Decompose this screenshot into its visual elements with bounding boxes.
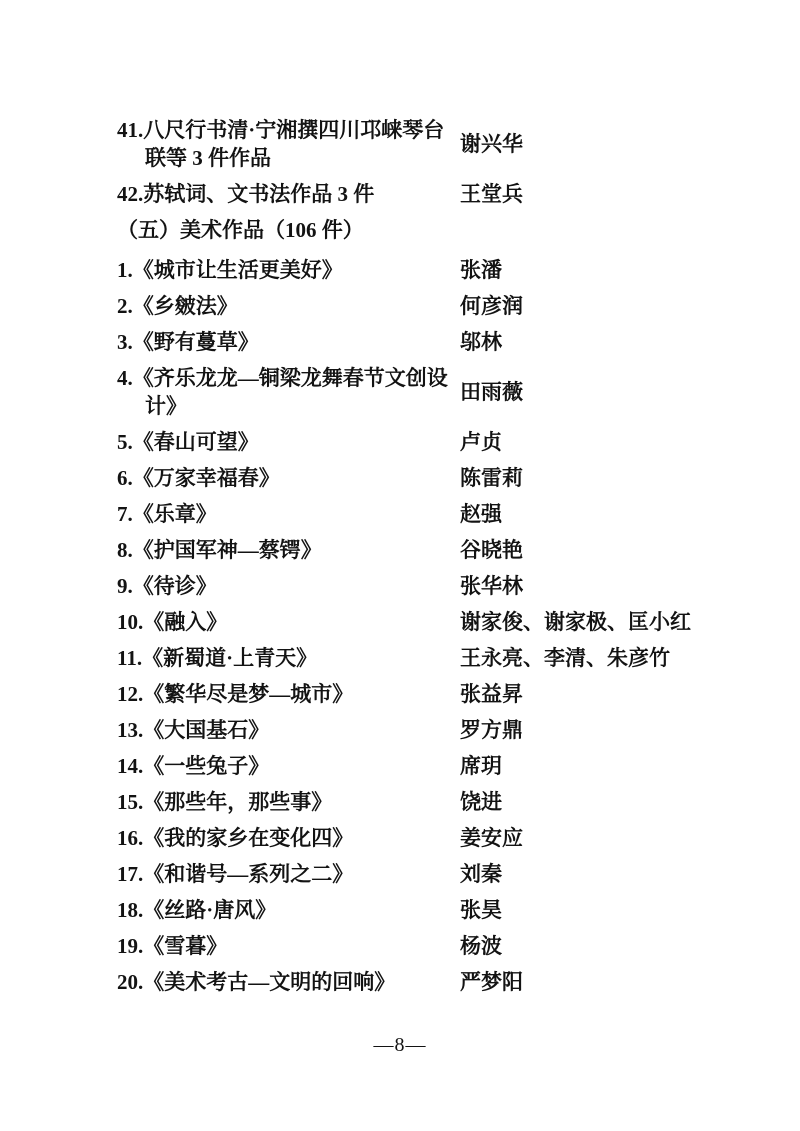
work-title: 八尺行书清·宁湘撰四川邛崃琴台联等 3 件作品 xyxy=(143,118,444,170)
work-title: 《那些年，那些事》 xyxy=(143,790,332,814)
work-number: 41. xyxy=(117,118,143,142)
work-cell: 8.《护国军神—蔡锷》 xyxy=(117,536,460,564)
work-author: 严梦阳 xyxy=(460,968,523,996)
work-title: 《雪暮》 xyxy=(143,934,227,958)
work-title: 《待诊》 xyxy=(133,574,217,598)
list-item: 11.《新蜀道·上青天》王永亮、李清、朱彦竹 xyxy=(117,644,740,672)
work-number: 19. xyxy=(117,934,143,958)
work-number: 14. xyxy=(117,754,143,778)
work-author: 卢贞 xyxy=(460,428,502,456)
list-item: 13.《大国基石》罗方鼎 xyxy=(117,716,740,744)
work-author: 赵强 xyxy=(460,500,502,528)
work-author: 杨波 xyxy=(460,932,502,960)
work-author: 谢家俊、谢家极、匡小红 xyxy=(460,608,691,636)
work-cell: 3.《野有蔓草》 xyxy=(117,328,460,356)
list-item: 3.《野有蔓草》邬林 xyxy=(117,328,740,356)
work-author: 邬林 xyxy=(460,328,502,356)
list-item: 20.《美术考古—文明的回响》严梦阳 xyxy=(117,968,740,996)
work-title: 《一些兔子》 xyxy=(143,754,269,778)
work-author: 席玥 xyxy=(460,752,502,780)
list-item: 18.《丝路·唐风》张昊 xyxy=(117,896,740,924)
work-number: 20. xyxy=(117,970,143,994)
work-cell: 6.《万家幸福春》 xyxy=(117,464,460,492)
work-title: 《护国军神—蔡锷》 xyxy=(133,538,322,562)
list-item: 2.《乡皴法》何彦润 xyxy=(117,292,740,320)
work-cell: 16.《我的家乡在变化四》 xyxy=(117,824,460,852)
work-number: 6. xyxy=(117,466,133,490)
work-title: 《大国基石》 xyxy=(143,718,269,742)
document-page: 41.八尺行书清·宁湘撰四川邛崃琴台联等 3 件作品谢兴华42.苏轼词、文书法作… xyxy=(0,0,800,996)
work-author: 饶进 xyxy=(460,788,502,816)
work-title: 《乐章》 xyxy=(133,502,217,526)
work-title: 《城市让生活更美好》 xyxy=(133,258,343,282)
list-item: 17.《和谐号—系列之二》刘秦 xyxy=(117,860,740,888)
work-title: 《乡皴法》 xyxy=(133,294,238,318)
section-heading: （五）美术作品（106 件） xyxy=(117,216,740,244)
work-cell: 1.《城市让生活更美好》 xyxy=(117,256,460,284)
work-author: 陈雷莉 xyxy=(460,464,523,492)
work-number: 18. xyxy=(117,898,143,922)
work-number: 13. xyxy=(117,718,143,742)
work-cell: 18.《丝路·唐风》 xyxy=(117,896,460,924)
work-number: 16. xyxy=(117,826,143,850)
work-number: 7. xyxy=(117,502,133,526)
work-cell: 11.《新蜀道·上青天》 xyxy=(117,644,460,672)
work-cell: 19.《雪暮》 xyxy=(117,932,460,960)
work-cell: 20.《美术考古—文明的回响》 xyxy=(117,968,460,996)
list-item: 14.《一些兔子》席玥 xyxy=(117,752,740,780)
list-item: 42.苏轼词、文书法作品 3 件王堂兵 xyxy=(117,180,740,208)
work-author: 谢兴华 xyxy=(460,130,523,158)
page-number: —8— xyxy=(0,1034,800,1057)
list-item: 12.《繁华尽是梦—城市》张益昇 xyxy=(117,680,740,708)
work-cell: 10.《融入》 xyxy=(117,608,460,636)
work-author: 谷晓艳 xyxy=(460,536,523,564)
list-item: 19.《雪暮》杨波 xyxy=(117,932,740,960)
work-number: 3. xyxy=(117,330,133,354)
list-item: 7.《乐章》赵强 xyxy=(117,500,740,528)
work-number: 9. xyxy=(117,574,133,598)
works-list: 41.八尺行书清·宁湘撰四川邛崃琴台联等 3 件作品谢兴华42.苏轼词、文书法作… xyxy=(117,116,740,996)
work-title: 《美术考古—文明的回响》 xyxy=(143,970,395,994)
work-number: 5. xyxy=(117,430,133,454)
work-number: 2. xyxy=(117,294,133,318)
work-number: 12. xyxy=(117,682,143,706)
work-author: 王堂兵 xyxy=(460,180,523,208)
work-title: 《丝路·唐风》 xyxy=(143,898,276,922)
work-number: 8. xyxy=(117,538,133,562)
list-item: 4.《齐乐龙龙—铜梁龙舞春节文创设计》田雨薇 xyxy=(117,364,740,420)
list-item: 8.《护国军神—蔡锷》谷晓艳 xyxy=(117,536,740,564)
work-cell: 4.《齐乐龙龙—铜梁龙舞春节文创设计》 xyxy=(117,364,460,420)
list-item: 41.八尺行书清·宁湘撰四川邛崃琴台联等 3 件作品谢兴华 xyxy=(117,116,740,172)
work-author: 张益昇 xyxy=(460,680,523,708)
work-cell: 5.《春山可望》 xyxy=(117,428,460,456)
work-author: 张昊 xyxy=(460,896,502,924)
work-cell: 9.《待诊》 xyxy=(117,572,460,600)
work-cell: 42.苏轼词、文书法作品 3 件 xyxy=(117,180,460,208)
work-cell: 17.《和谐号—系列之二》 xyxy=(117,860,460,888)
work-number: 17. xyxy=(117,862,143,886)
work-number: 10. xyxy=(117,610,143,634)
work-title: 《繁华尽是梦—城市》 xyxy=(143,682,353,706)
work-number: 1. xyxy=(117,258,133,282)
work-author: 刘秦 xyxy=(460,860,502,888)
work-author: 姜安应 xyxy=(460,824,523,852)
work-cell: 7.《乐章》 xyxy=(117,500,460,528)
work-title: 《春山可望》 xyxy=(133,430,259,454)
work-number: 42. xyxy=(117,182,143,206)
work-author: 张华林 xyxy=(460,572,523,600)
work-title: 《融入》 xyxy=(143,610,227,634)
work-title: 《齐乐龙龙—铜梁龙舞春节文创设计》 xyxy=(133,366,448,418)
work-title: 《我的家乡在变化四》 xyxy=(143,826,353,850)
work-number: 11. xyxy=(117,646,142,670)
work-title: 《新蜀道·上青天》 xyxy=(142,646,317,670)
work-title: 《万家幸福春》 xyxy=(133,466,280,490)
list-item: 10.《融入》谢家俊、谢家极、匡小红 xyxy=(117,608,740,636)
work-cell: 15.《那些年，那些事》 xyxy=(117,788,460,816)
work-cell: 41.八尺行书清·宁湘撰四川邛崃琴台联等 3 件作品 xyxy=(117,116,460,172)
work-author: 田雨薇 xyxy=(460,378,523,406)
work-author: 何彦润 xyxy=(460,292,523,320)
work-title: 《和谐号—系列之二》 xyxy=(143,862,353,886)
work-cell: 13.《大国基石》 xyxy=(117,716,460,744)
list-item: 9.《待诊》张华林 xyxy=(117,572,740,600)
list-item: 15.《那些年，那些事》饶进 xyxy=(117,788,740,816)
work-author: 王永亮、李清、朱彦竹 xyxy=(460,644,670,672)
list-item: 6.《万家幸福春》陈雷莉 xyxy=(117,464,740,492)
list-item: 1.《城市让生活更美好》张潘 xyxy=(117,256,740,284)
list-item: 16.《我的家乡在变化四》姜安应 xyxy=(117,824,740,852)
work-cell: 2.《乡皴法》 xyxy=(117,292,460,320)
work-cell: 14.《一些兔子》 xyxy=(117,752,460,780)
work-author: 张潘 xyxy=(460,256,502,284)
work-title: 《野有蔓草》 xyxy=(133,330,259,354)
work-number: 15. xyxy=(117,790,143,814)
list-item: 5.《春山可望》卢贞 xyxy=(117,428,740,456)
work-number: 4. xyxy=(117,366,133,390)
work-title: 苏轼词、文书法作品 3 件 xyxy=(143,182,374,206)
work-author: 罗方鼎 xyxy=(460,716,523,744)
work-cell: 12.《繁华尽是梦—城市》 xyxy=(117,680,460,708)
